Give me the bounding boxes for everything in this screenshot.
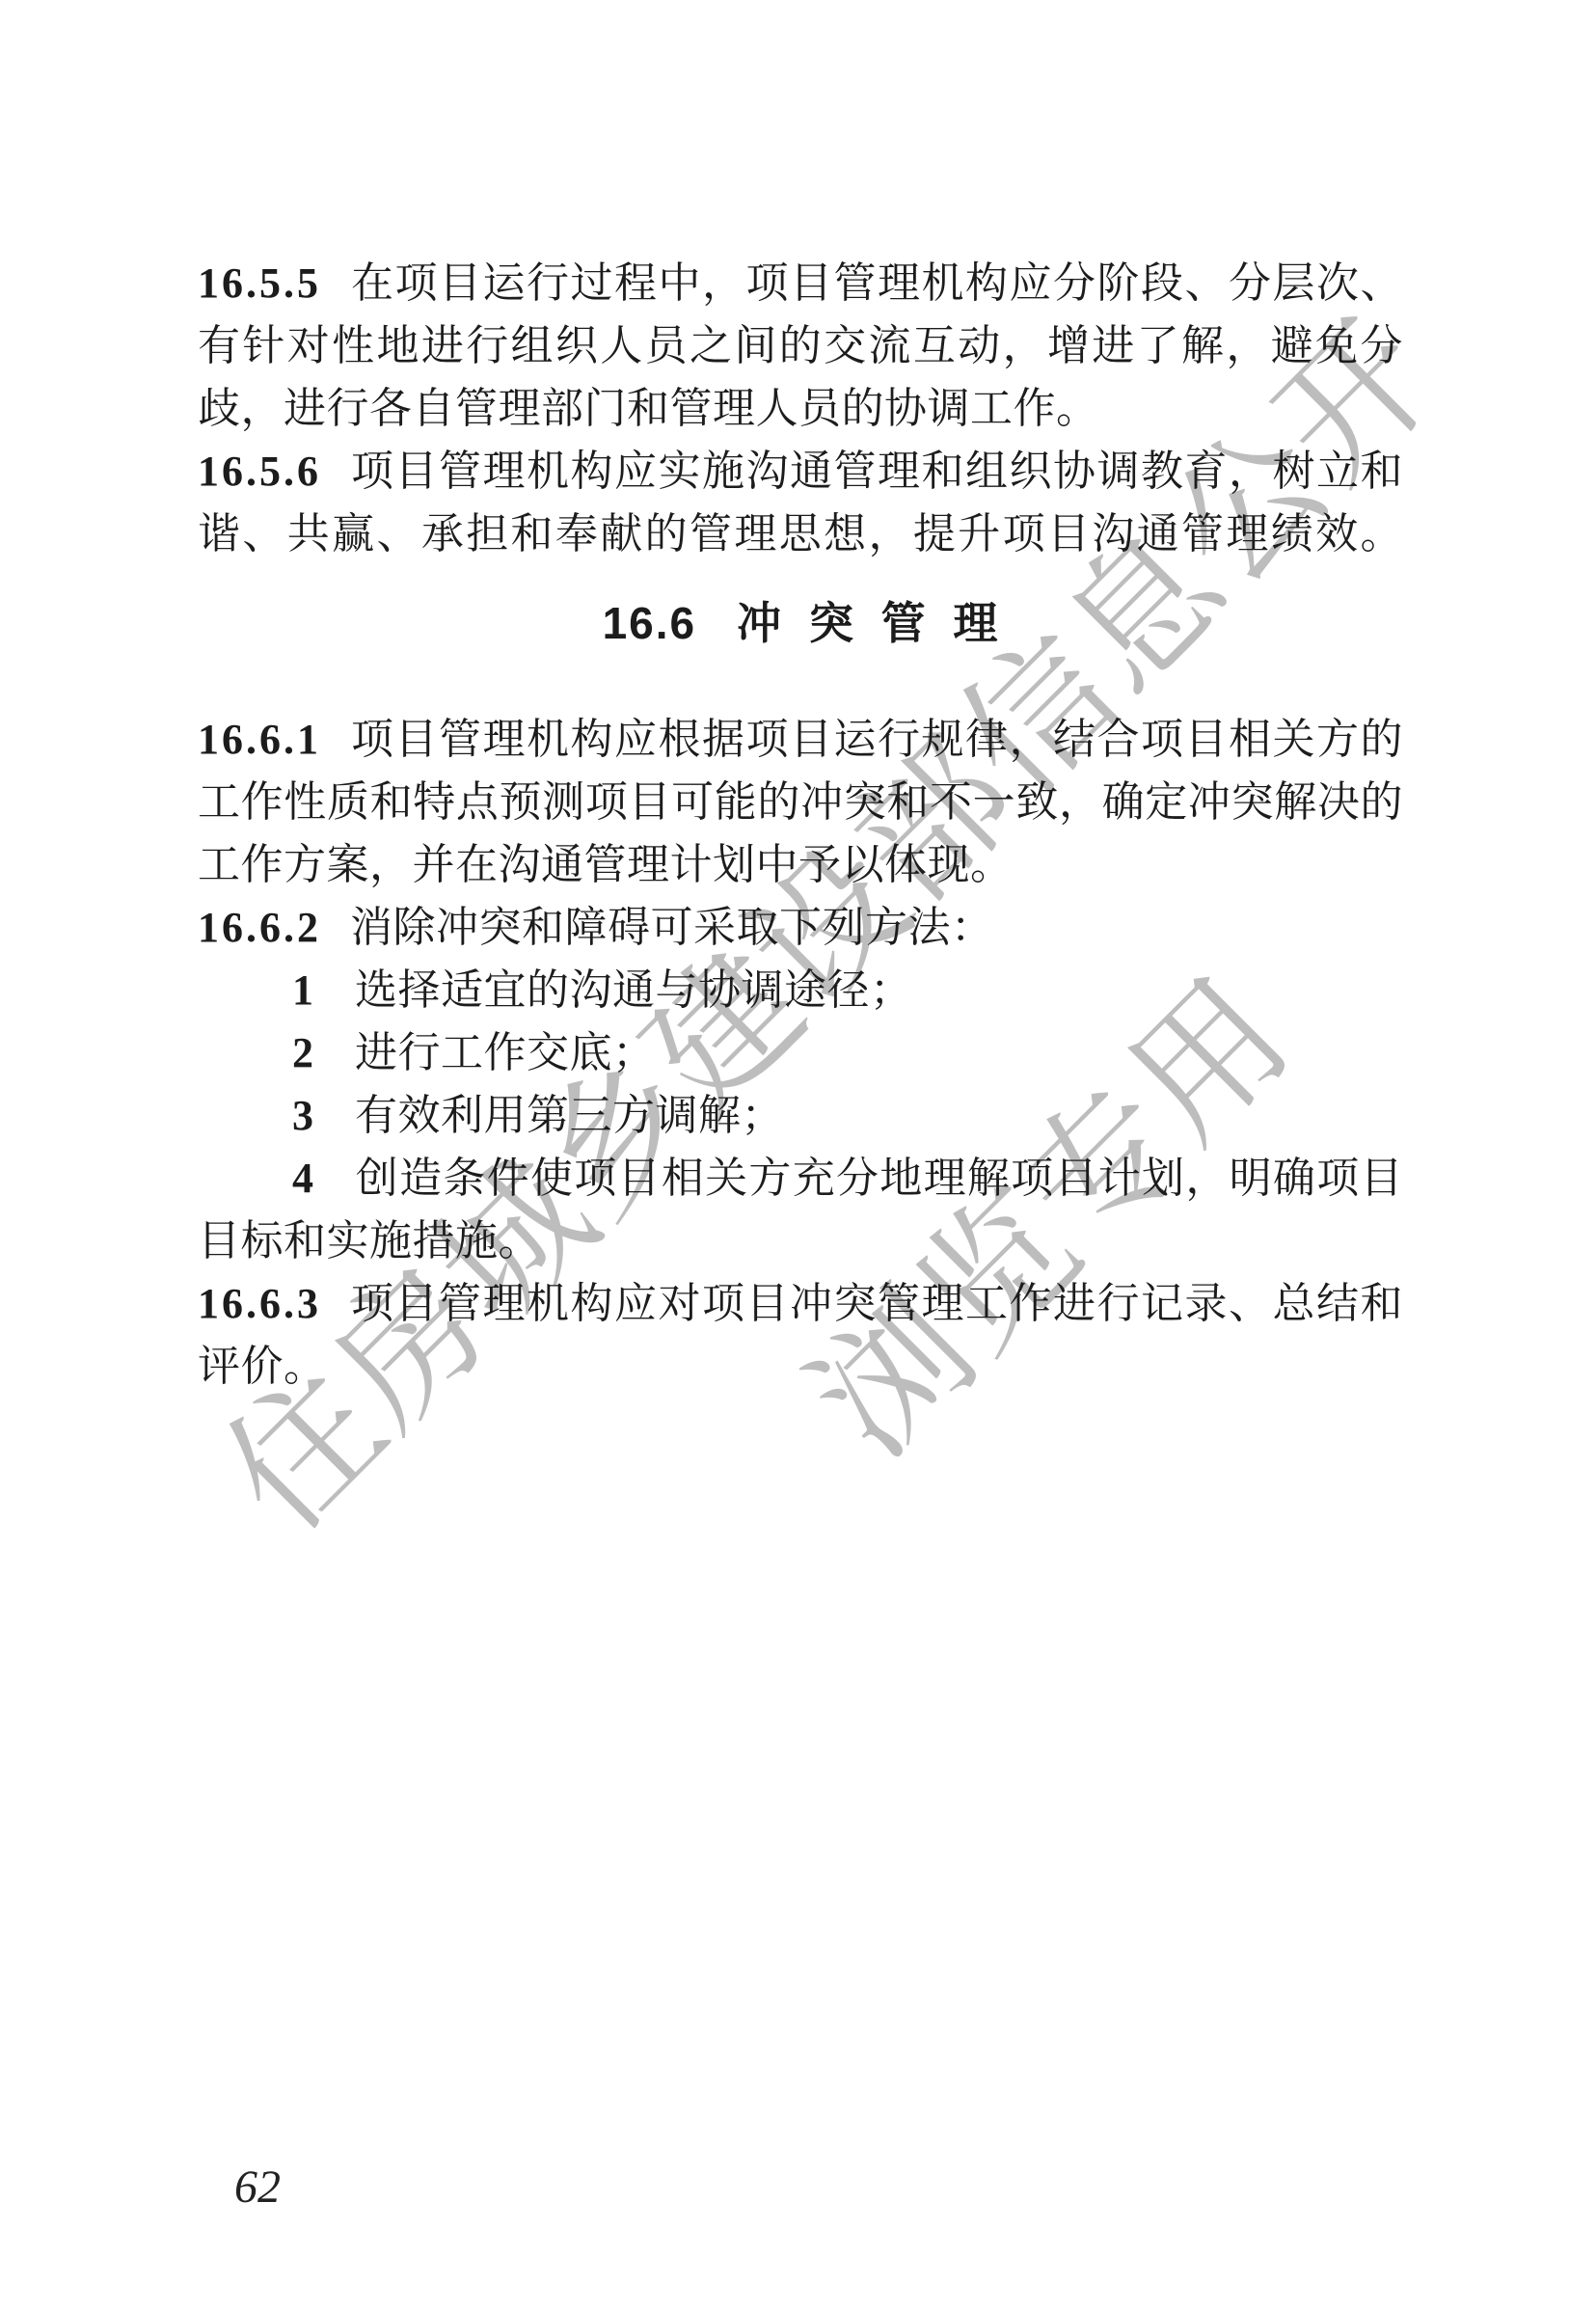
document-page: { "page": { "background_color": "#ffffff… bbox=[0, 0, 1596, 2311]
continuation-line: 评价。 bbox=[198, 1335, 1403, 1398]
text-block: 16.5.5在项目运行过程中，项目管理机构应分阶段、分层次、有针对性地进行组织人… bbox=[198, 252, 1403, 1398]
list-item-line: 1选择适宜的沟通与协调途径； bbox=[198, 959, 1403, 1021]
list-item-line: 3有效利用第三方调解； bbox=[198, 1084, 1403, 1147]
line-text: 谐、共赢、承担和奉献的管理思想，提升项目沟通管理绩效。 bbox=[198, 510, 1403, 557]
section-heading: 16.6冲 突 管 理 bbox=[198, 592, 1403, 655]
continuation-line: 谐、共赢、承担和奉献的管理思想，提升项目沟通管理绩效。 bbox=[198, 503, 1403, 565]
list-item-number: 2 bbox=[292, 1021, 355, 1084]
paragraph-start-line: 16.6.1项目管理机构应根据项目运行规律，结合项目相关方的 bbox=[198, 708, 1403, 771]
list-item-line: 2进行工作交底； bbox=[198, 1021, 1403, 1084]
list-item-number: 4 bbox=[292, 1147, 355, 1210]
line-text: 有针对性地进行组织人员之间的交流互动，增进了解，避免分 bbox=[198, 322, 1403, 369]
line-text: 工作性质和特点预测项目可能的冲突和不一致，确定冲突解决的 bbox=[198, 778, 1403, 826]
section-heading-title: 冲 突 管 理 bbox=[737, 598, 998, 648]
continuation-line: 有针对性地进行组织人员之间的交流互动，增进了解，避免分 bbox=[198, 314, 1403, 377]
list-item-number: 3 bbox=[292, 1084, 355, 1147]
line-text: 创造条件使项目相关方充分地理解项目计划，明确项目 bbox=[355, 1155, 1403, 1202]
line-text: 进行工作交底； bbox=[355, 1029, 656, 1076]
paragraph-start-line: 16.6.2消除冲突和障碍可采取下列方法： bbox=[198, 896, 1403, 959]
section-number: 16.6.1 bbox=[198, 716, 321, 763]
list-item-number: 1 bbox=[292, 959, 355, 1021]
paragraph-start-line: 16.5.6项目管理机构应实施沟通管理和组织协调教育，树立和 bbox=[198, 440, 1403, 503]
list-item-line: 4创造条件使项目相关方充分地理解项目计划，明确项目 bbox=[198, 1147, 1403, 1210]
continuation-line: 目标和实施措施。 bbox=[198, 1210, 1403, 1272]
line-text: 项目管理机构应对项目冲突管理工作进行记录、总结和 bbox=[350, 1280, 1403, 1327]
continuation-line: 工作性质和特点预测项目可能的冲突和不一致，确定冲突解决的 bbox=[198, 771, 1403, 833]
paragraph-start-line: 16.5.5在项目运行过程中，项目管理机构应分阶段、分层次、 bbox=[198, 252, 1403, 314]
page-number: 62 bbox=[234, 2159, 281, 2216]
line-text: 消除冲突和障碍可采取下列方法： bbox=[350, 904, 994, 951]
line-text: 项目管理机构应实施沟通管理和组织协调教育，树立和 bbox=[350, 448, 1403, 495]
line-text: 选择适宜的沟通与协调途径； bbox=[355, 966, 913, 1014]
section-heading-number: 16.6 bbox=[603, 598, 697, 648]
continuation-line: 歧，进行各自管理部门和管理人员的协调工作。 bbox=[198, 377, 1403, 440]
line-text: 评价。 bbox=[198, 1343, 327, 1390]
section-number: 16.6.2 bbox=[198, 904, 321, 951]
section-number: 16.6.3 bbox=[198, 1280, 321, 1327]
line-text: 目标和实施措施。 bbox=[198, 1217, 541, 1264]
line-text: 有效利用第三方调解； bbox=[355, 1092, 784, 1139]
section-number: 16.5.5 bbox=[198, 259, 321, 307]
section-number: 16.5.6 bbox=[198, 448, 321, 495]
line-text: 在项目运行过程中，项目管理机构应分阶段、分层次、 bbox=[350, 259, 1403, 307]
line-text: 项目管理机构应根据项目运行规律，结合项目相关方的 bbox=[350, 716, 1403, 763]
continuation-line: 工作方案，并在沟通管理计划中予以体现。 bbox=[198, 833, 1403, 896]
paragraph-start-line: 16.6.3项目管理机构应对项目冲突管理工作进行记录、总结和 bbox=[198, 1272, 1403, 1335]
line-text: 工作方案，并在沟通管理计划中予以体现。 bbox=[198, 841, 1014, 888]
line-text: 歧，进行各自管理部门和管理人员的协调工作。 bbox=[198, 385, 1099, 432]
